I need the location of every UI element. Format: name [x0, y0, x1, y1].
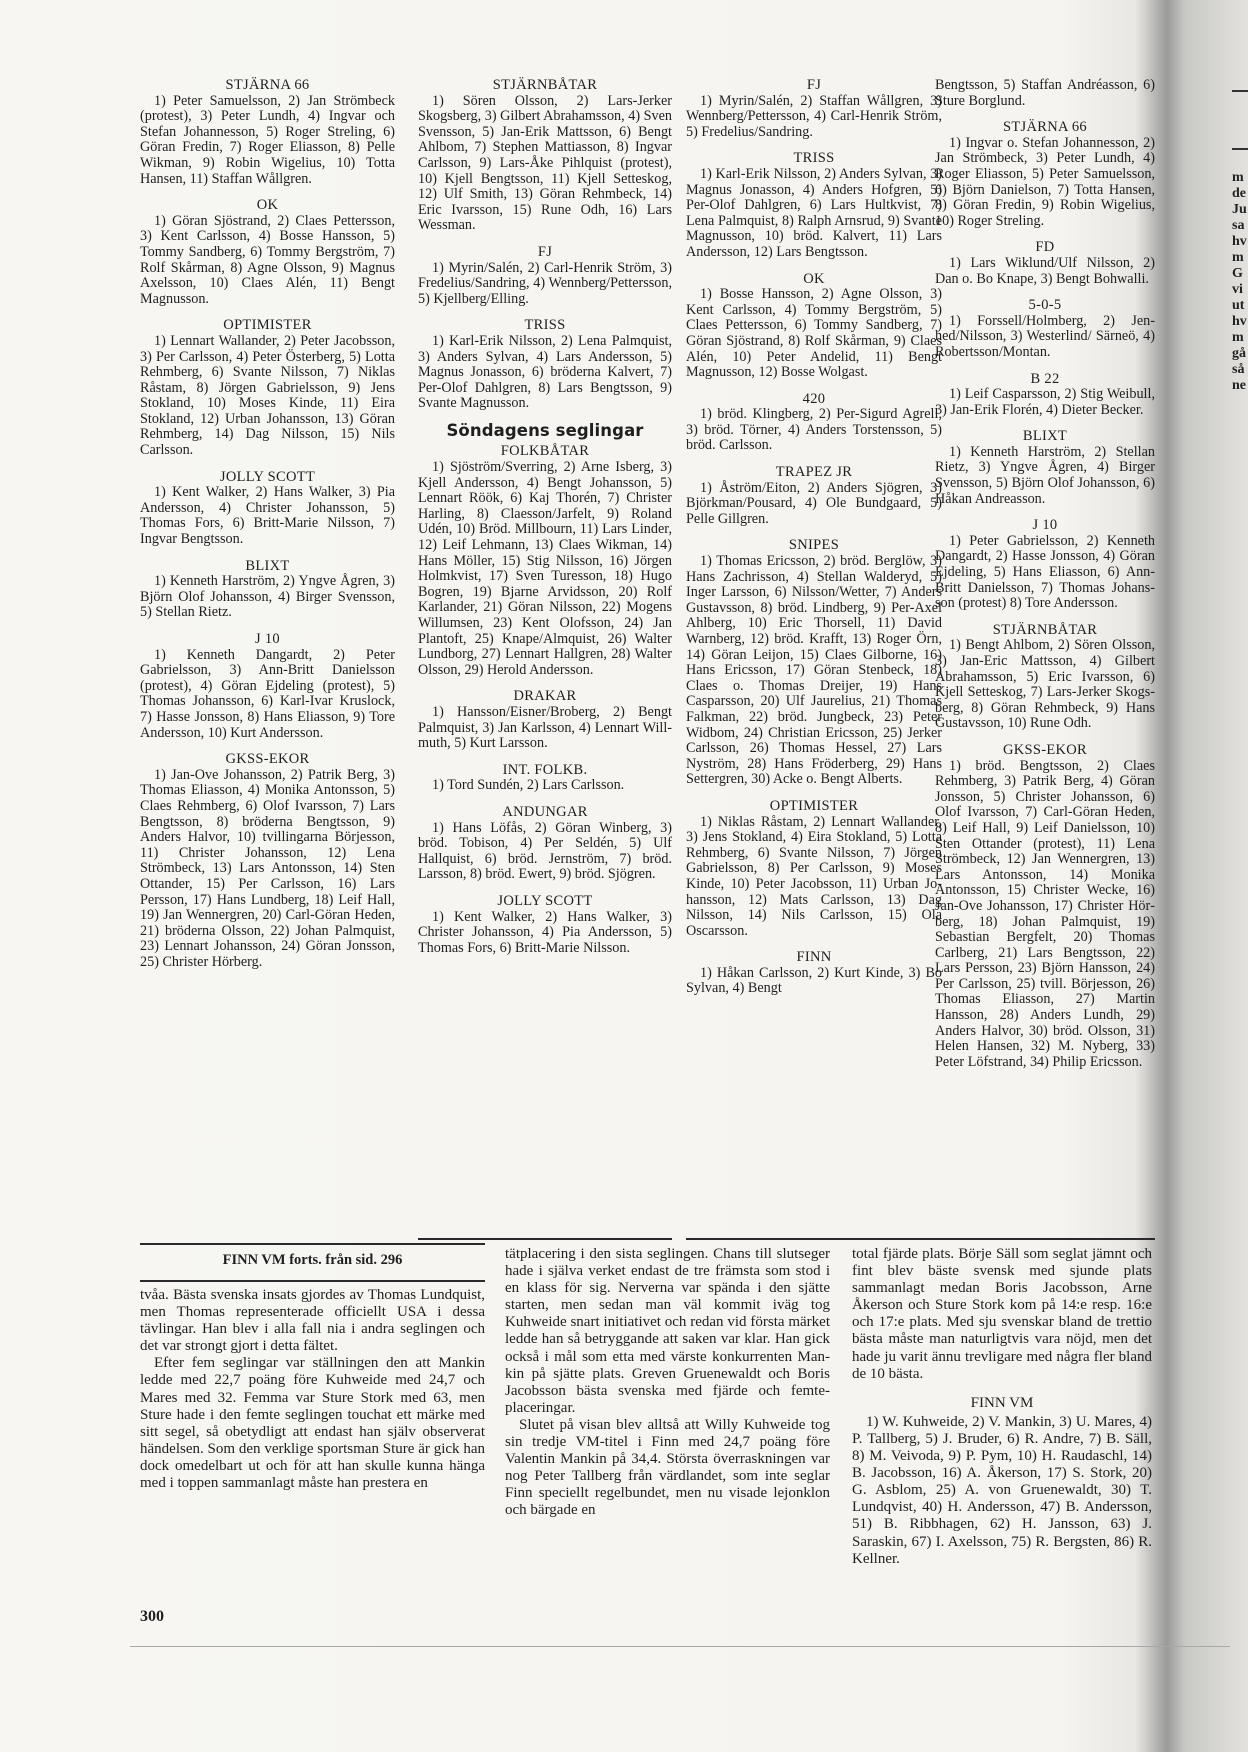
next-page-fragment: ne	[1232, 378, 1246, 394]
section-title: SNIPES	[686, 538, 942, 554]
next-page-fragment: vi	[1232, 282, 1243, 298]
results-section-stjarna-66: STJÄRNA 66 1) Peter Samuelsson, 2) Jan S…	[140, 78, 395, 187]
section-body: 1) Ingvar o. Stefan Johan­nesson, 2) Jan…	[935, 136, 1155, 230]
section-title: 420	[686, 392, 942, 408]
results-section-b22: B 22 1) Leif Casparsson, 2) Stig Weibull…	[935, 372, 1155, 419]
article-column-1: tvåa. Bästa svenska insats gjordes av Th…	[140, 1287, 485, 1492]
section-title: STJÄRNA 66	[140, 78, 395, 94]
results-section-andungar: ANDUNGAR 1) Hans Löfås, 2) Göran Winberg…	[418, 805, 672, 883]
section-body: 1) Kent Walker, 2) Hans Walker, 3) Chris…	[418, 910, 672, 957]
results-column-2: STJÄRNBÅTAR 1) Sören Olsson, 2) Lars-Jer…	[418, 78, 672, 967]
section-body: 1) Kenneth Harström, 2) Yngve Ågren, 3) …	[140, 574, 395, 621]
section-title: INT. FOLKB.	[418, 763, 672, 779]
next-page-fragment: så	[1232, 362, 1244, 378]
section-body: 1) Göran Sjöstrand, 2) Claes Pettersson,…	[140, 214, 395, 308]
page-number: 300	[140, 1608, 164, 1626]
results-section-triss: TRISS 1) Karl-Erik Nilsson, 2) Le­na Pal…	[418, 318, 672, 412]
section-title: ANDUNGAR	[418, 805, 672, 821]
results-column-4: Bengtsson, 5) Staffan Andréas­son, 6) St…	[935, 78, 1155, 1081]
results-section-ok: OK 1) Göran Sjöstrand, 2) Claes Petterss…	[140, 198, 395, 307]
section-title: TRISS	[686, 151, 942, 167]
section-body: 1) Niklas Råstam, 2) Lennart Wallander, …	[686, 815, 942, 940]
section-body: 1) Myrin/Salén, 2) Carl-Hen­rik Ström, 3…	[418, 261, 672, 308]
section-title: STJÄRNBÅTAR	[935, 623, 1155, 639]
section-title: FJ	[686, 78, 942, 94]
article-paragraph: tätplacering i den sista seglingen. Chan…	[505, 1246, 830, 1417]
divider-rule	[418, 1238, 672, 1240]
footer-rule	[130, 1646, 1230, 1647]
next-page-rule	[1232, 90, 1248, 92]
results-section-snipes: SNIPES 1) Thomas Ericsson, 2) bröd. Berg…	[686, 538, 942, 788]
next-page-edge: m de Ju sa hv m G vi ut hv m gå så ne	[1230, 0, 1248, 1752]
section-title: FJ	[418, 245, 672, 261]
results-section-ok-sunday: OK 1) Bosse Hansson, 2) Agne Olsson, 3) …	[686, 272, 942, 381]
section-title: J 10	[935, 518, 1155, 534]
results-section-stjarnbatar: STJÄRNBÅTAR 1) Sören Olsson, 2) Lars-Jer…	[418, 78, 672, 234]
article-paragraph: tvåa. Bästa svenska insats gjordes av Th…	[140, 1287, 485, 1355]
section-body: 1) Thomas Ericsson, 2) bröd. Berglöw, 3)…	[686, 554, 942, 788]
results-section-fj: FJ 1) Myrin/Salén, 2) Carl-Hen­rik Ström…	[418, 245, 672, 307]
section-body: 1) Kent Walker, 2) Hans Walker, 3) Pia A…	[140, 485, 395, 547]
results-section-triss-sunday: TRISS 1) Karl-Erik Nilsson, 2) An­ders S…	[686, 151, 942, 260]
results-section-fd: FD 1) Lars Wiklund/Ulf Nils­son, 2) Dan …	[935, 240, 1155, 287]
section-body: 1) Bengt Ahlbom, 2) Sören Olsson, 3) Jan…	[935, 638, 1155, 732]
next-page-fragment: Ju	[1232, 202, 1247, 218]
next-page-fragment: de	[1232, 186, 1246, 202]
article-continuation-header: FINN VM forts. från sid. 296	[140, 1252, 485, 1269]
section-title: FD	[935, 240, 1155, 256]
results-section-finn: FINN 1) Håkan Carlsson, 2) Kurt Kinde, 3…	[686, 950, 942, 997]
next-page-fragment: hv	[1232, 314, 1247, 330]
results-section-drakar: DRAKAR 1) Hansson/Eisner/Broberg, 2) Ben…	[418, 689, 672, 751]
article-paragraph: Efter fem seglingar var ställningen den …	[140, 1355, 485, 1492]
results-section-optimister: OPTIMISTER 1) Lennart Wallander, 2) Pe­t…	[140, 318, 395, 458]
section-body: 1) Peter Samuelsson, 2) Jan Strömbeck (p…	[140, 94, 395, 188]
section-body: 1) Kenneth Dangardt, 2) Pe­ter Gabrielss…	[140, 648, 395, 742]
section-body: 1) bröd. Klingberg, 2) Per-Sigurd Agrell…	[686, 407, 942, 454]
next-page-fragment: sa	[1232, 218, 1244, 234]
results-section-finn-continued: Bengtsson, 5) Staffan Andréas­son, 6) St…	[935, 78, 1155, 109]
results-section-stjarna-66-sunday: STJÄRNA 66 1) Ingvar o. Stefan Johan­nes…	[935, 120, 1155, 229]
section-title: BLIXT	[140, 559, 395, 575]
results-section-j10: J 10 1) Kenneth Dangardt, 2) Pe­ter Gabr…	[140, 632, 395, 741]
section-body: 1) Myrin/Salén, 2) Staffan Wållgren, 3) …	[686, 94, 942, 141]
section-title: DRAKAR	[418, 689, 672, 705]
section-body: 1) Håkan Carlsson, 2) Kurt Kinde, 3) Bo …	[686, 966, 942, 997]
section-title: 5-0-5	[935, 298, 1155, 314]
section-body: 1) Kenneth Harström, 2) Stellan Rietz, 3…	[935, 445, 1155, 507]
section-body: 1) Bosse Hansson, 2) Agne Olsson, 3) Ken…	[686, 287, 942, 381]
results-section-jolly-scott: JOLLY SCOTT 1) Kent Walker, 2) Hans Walk…	[140, 470, 395, 548]
section-title: STJÄRNA 66	[935, 120, 1155, 136]
results-section-trapez-jr: TRAPEZ JR 1) Åström/Eiton, 2) Anders Sjö…	[686, 465, 942, 527]
section-title: JOLLY SCOTT	[418, 894, 672, 910]
section-body: Bengtsson, 5) Staffan Andréas­son, 6) St…	[935, 78, 1155, 109]
section-body: 1) Jan-Ove Johansson, 2) Patrik Berg, 3)…	[140, 768, 395, 971]
next-page-rule	[1232, 148, 1248, 150]
next-page-fragment: m	[1232, 250, 1244, 266]
results-section-420: 420 1) bröd. Klingberg, 2) Per-Sigurd Ag…	[686, 392, 942, 454]
section-body: 1) Lars Wiklund/Ulf Nils­son, 2) Dan o. …	[935, 256, 1155, 287]
results-column-3: FJ 1) Myrin/Salén, 2) Staffan Wållgren, …	[686, 78, 942, 1008]
results-section-fj-sunday: FJ 1) Myrin/Salén, 2) Staffan Wållgren, …	[686, 78, 942, 140]
section-title: FINN	[686, 950, 942, 966]
results-section-j10-sunday: J 10 1) Peter Gabrielsson, 2) Ken­neth D…	[935, 518, 1155, 612]
results-section-gkss-ekor: GKSS-EKOR 1) Jan-Ove Johansson, 2) Patri…	[140, 752, 395, 970]
divider-rule	[686, 1238, 942, 1240]
section-title: OK	[140, 198, 395, 214]
sunday-races-heading: Söndagens seglingar	[418, 423, 672, 439]
results-section-blixt: BLIXT 1) Kenneth Harström, 2) Yngve Ågre…	[140, 559, 395, 621]
next-page-fragment: gå	[1232, 346, 1246, 362]
section-body: 1) Karl-Erik Nilsson, 2) An­ders Sylvan,…	[686, 167, 942, 261]
finn-vm-results-title: FINN VM	[852, 1395, 1152, 1412]
magazine-page: STJÄRNA 66 1) Peter Samuelsson, 2) Jan S…	[0, 0, 1248, 1752]
results-section-505: 5-0-5 1) Forssell/Holmberg, 2) Jen­hed/N…	[935, 298, 1155, 360]
section-body: 1) Karl-Erik Nilsson, 2) Le­na Palmquist…	[418, 334, 672, 412]
next-page-fragment: ut	[1232, 298, 1244, 314]
section-title: GKSS-EKOR	[140, 752, 395, 768]
section-body: 1) Leif Casparsson, 2) Stig Weibull, 3) …	[935, 387, 1155, 418]
results-section-gkss-ekor-sunday: GKSS-EKOR 1) bröd. Bengtsson, 2) Claes R…	[935, 743, 1155, 1070]
divider-rule	[935, 1238, 1155, 1240]
finn-vm-results-body: 1) W. Kuhweide, 2) V. Mankin, 3) U. Mare…	[852, 1414, 1152, 1568]
results-section-optimister-sunday: OPTIMISTER 1) Niklas Råstam, 2) Lennart …	[686, 799, 942, 939]
divider-rule	[140, 1243, 485, 1245]
section-title: GKSS-EKOR	[935, 743, 1155, 759]
results-section-int-folkb: INT. FOLKB. 1) Tord Sundén, 2) Lars Carl…	[418, 763, 672, 794]
section-body: 1) bröd. Bengtsson, 2) Claes Rehmberg, 3…	[935, 759, 1155, 1071]
section-body: 1) Hansson/Eisner/Broberg, 2) Bengt Palm…	[418, 705, 672, 752]
section-title: OK	[686, 272, 942, 288]
article-paragraph: total fjärde plats. Börje Säll som segla…	[852, 1246, 1152, 1383]
section-title: JOLLY SCOTT	[140, 470, 395, 486]
section-body: 1) Sören Olsson, 2) Lars-Jerker Skogsber…	[418, 94, 672, 234]
section-title: J 10	[140, 632, 395, 648]
article-paragraph: Slutet på visan blev alltså att Willy Ku…	[505, 1417, 830, 1520]
article-column-2: tätplacering i den sista seglingen. Chan…	[505, 1246, 830, 1520]
next-page-fragment: hv	[1232, 234, 1247, 250]
next-page-fragment: m	[1232, 330, 1244, 346]
section-title: B 22	[935, 372, 1155, 388]
section-body: 1) Forssell/Holmberg, 2) Jen­hed/Nilsson…	[935, 314, 1155, 361]
section-title: FOLKBÅTAR	[418, 444, 672, 460]
section-title: OPTIMISTER	[140, 318, 395, 334]
section-body: 1) Lennart Wallander, 2) Pe­ter Jacobsso…	[140, 334, 395, 459]
section-title: TRISS	[418, 318, 672, 334]
section-title: TRAPEZ JR	[686, 465, 942, 481]
divider-rule	[140, 1280, 485, 1282]
section-title: STJÄRNBÅTAR	[418, 78, 672, 94]
results-section-stjarnbatar-sunday: STJÄRNBÅTAR 1) Bengt Ahlbom, 2) Sören Ol…	[935, 623, 1155, 732]
section-body: 1) Åström/Eiton, 2) Anders Sjögren, 3) B…	[686, 481, 942, 528]
results-column-1: STJÄRNA 66 1) Peter Samuelsson, 2) Jan S…	[140, 78, 395, 981]
results-section-jolly-scott-sunday: JOLLY SCOTT 1) Kent Walker, 2) Hans Walk…	[418, 894, 672, 956]
section-title: OPTIMISTER	[686, 799, 942, 815]
section-body: 1) Sjöström/Sverring, 2) Ar­ne Isberg, 3…	[418, 460, 672, 678]
section-body: 1) Hans Löfås, 2) Göran Winberg, 3) bröd…	[418, 821, 672, 883]
section-body: 1) Peter Gabrielsson, 2) Ken­neth Dangar…	[935, 534, 1155, 612]
next-page-fragment: G	[1232, 266, 1243, 282]
results-section-folkbatar: FOLKBÅTAR 1) Sjöström/Sverring, 2) Ar­ne…	[418, 444, 672, 678]
next-page-fragment: m	[1232, 170, 1244, 186]
section-body: 1) Tord Sundén, 2) Lars Carlsson.	[418, 778, 672, 794]
article-column-3: total fjärde plats. Börje Säll som segla…	[852, 1246, 1152, 1568]
results-section-blixt-sunday: BLIXT 1) Kenneth Harström, 2) Stellan Ri…	[935, 429, 1155, 507]
section-title: BLIXT	[935, 429, 1155, 445]
